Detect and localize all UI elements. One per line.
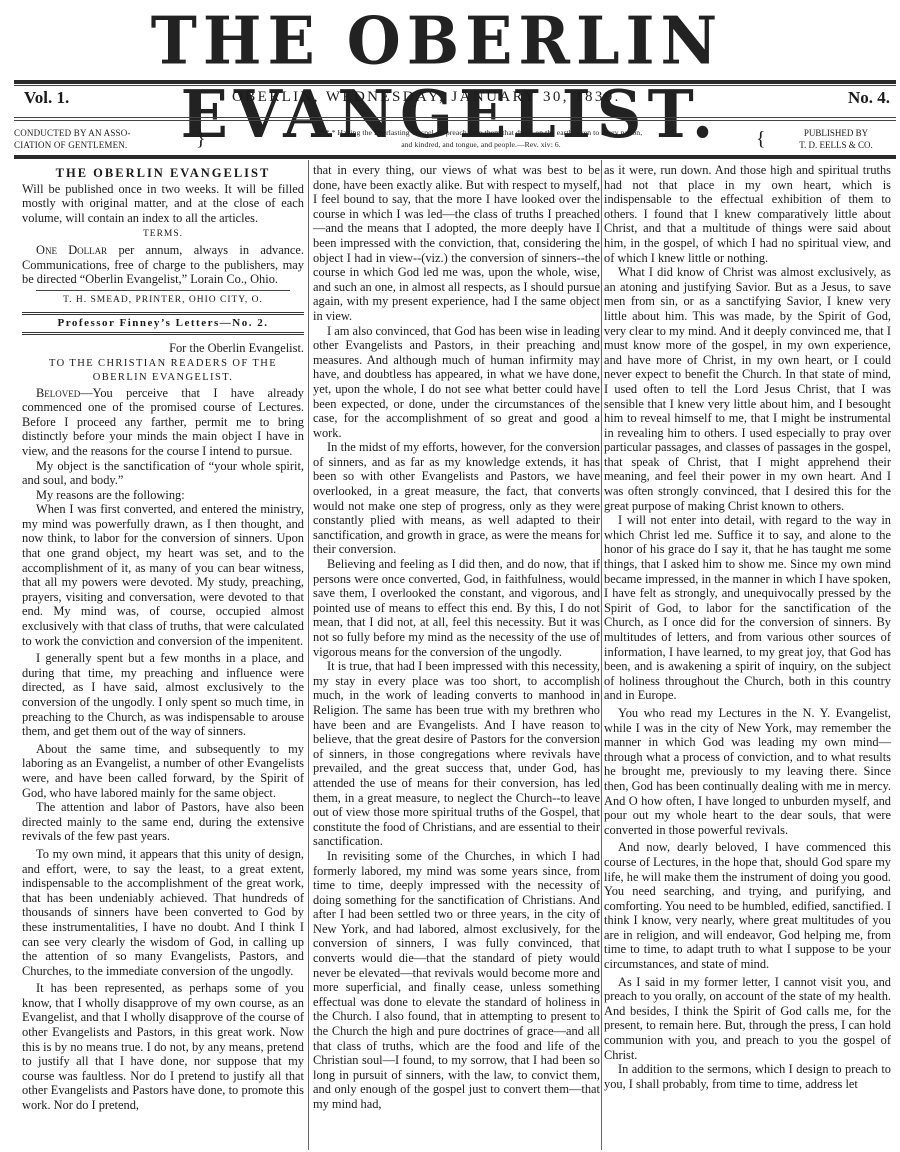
article-paragraph: My reasons are the following: <box>22 488 304 503</box>
published-by: PUBLISHED BY T. D. EELLS & CO. <box>776 127 896 151</box>
article-paragraph: About the same time, and subsequently to… <box>22 742 304 800</box>
motto-line-2: and kindred, and tongue, and people.—Rev… <box>216 139 746 151</box>
article-paragraph: Beloved—You perceive that I have already… <box>22 386 304 459</box>
article-paragraph: I generally spent but a few months in a … <box>22 651 304 739</box>
article-paragraph: I will not enter into detail, with regar… <box>604 513 891 703</box>
article-salutation: TO THE CHRISTIAN READERS OF THE OBERLIN … <box>22 357 304 385</box>
notice-body: Will be published once in two weeks. It … <box>22 182 304 226</box>
article-paragraph: And now, dearly beloved, I have commence… <box>604 840 891 971</box>
article-heading: Professor Finney’s Letters—No. 2. <box>22 312 304 335</box>
article-paragraph: What I did know of Christ was almost exc… <box>604 265 891 513</box>
conducted-by-line-1: CONDUCTED BY AN ASSO- <box>14 127 194 139</box>
title-word-the: THE <box>151 2 321 79</box>
article-paragraph: as it were, run down. And those high and… <box>604 163 891 265</box>
article-paragraph: In the midst of my efforts, however, for… <box>313 440 600 557</box>
subhead: CONDUCTED BY AN ASSO- CIATION OF GENTLEM… <box>14 127 896 153</box>
article-paragraph: In revisiting some of the Churches, in w… <box>313 849 600 1112</box>
motto-line-1: * * * Having the Everlasting Gospel, to … <box>216 127 746 139</box>
brace-icon: } <box>196 127 206 151</box>
masthead-rule-top-thin <box>14 85 896 86</box>
article-paragraph: It is true, that had I been impressed wi… <box>313 659 600 849</box>
masthead: THEOBERLINEVANGELIST. Vol. 1. OBERLIN, W… <box>0 0 900 160</box>
conducted-by-line-2: CIATION OF GENTLEMEN. <box>14 139 194 151</box>
terms-lead: One Dollar <box>36 243 107 257</box>
article-paragraph: that in every thing, our views of what w… <box>313 163 600 324</box>
article-paragraph: I am also convinced, that God has been w… <box>313 324 600 441</box>
dateline-rule-1 <box>14 117 896 118</box>
conducted-by: CONDUCTED BY AN ASSO- CIATION OF GENTLEM… <box>14 127 194 151</box>
article-paragraph: In addition to the sermons, which I desi… <box>604 1062 891 1091</box>
article-paragraph: To my own mind, it appears that this uni… <box>22 847 304 978</box>
title-word-oberlin: OBERLIN <box>347 2 723 79</box>
article-paragraph: It has been represented, as perhaps some… <box>22 981 304 1112</box>
article-byline: For the Oberlin Evangelist. <box>22 341 304 356</box>
column-1: THE OBERLIN EVANGELIST Will be published… <box>22 163 304 1113</box>
dateline: Vol. 1. OBERLIN, WEDNESDAY, JANUARY 30, … <box>24 88 890 112</box>
column-2: that in every thing, our views of what w… <box>313 163 600 1112</box>
dateline-rule-2 <box>14 120 896 121</box>
article-paragraph: As I said in my former letter, I cannot … <box>604 975 891 1063</box>
brace-icon: { <box>756 127 766 151</box>
masthead-rule-bottom <box>14 155 896 159</box>
published-by-line-2: T. D. EELLS & CO. <box>776 139 896 151</box>
article-paragraph: My object is the sanctification of “your… <box>22 459 304 488</box>
volume-label: Vol. 1. <box>24 88 69 108</box>
column-divider <box>601 160 602 1150</box>
motto: * * * Having the Everlasting Gospel, to … <box>216 127 746 151</box>
column-3: as it were, run down. And those high and… <box>604 163 891 1091</box>
notice-heading: THE OBERLIN EVANGELIST <box>22 166 304 181</box>
issue-number: No. 4. <box>848 88 890 108</box>
column-divider <box>308 160 309 1150</box>
article-paragraph: When I was first converted, and entered … <box>22 502 304 648</box>
article-paragraph: The attention and labor of Pastors, have… <box>22 800 304 844</box>
printer-line: T. H. SMEAD, PRINTER, OHIO CITY, O. <box>36 290 290 308</box>
date-place: OBERLIN, WEDNESDAY, JANUARY 30, 1839. <box>232 89 621 106</box>
article-paragraph: Believing and feeling as I did then, and… <box>313 557 600 659</box>
published-by-line-1: PUBLISHED BY <box>776 127 896 139</box>
opening-word: Beloved <box>36 386 80 400</box>
terms-heading: TERMS. <box>22 227 304 242</box>
masthead-rule-top <box>14 80 896 84</box>
article-paragraph: You who read my Lectures in the N. Y. Ev… <box>604 706 891 837</box>
terms-body: One Dollar per annum, always in advance.… <box>22 243 304 287</box>
